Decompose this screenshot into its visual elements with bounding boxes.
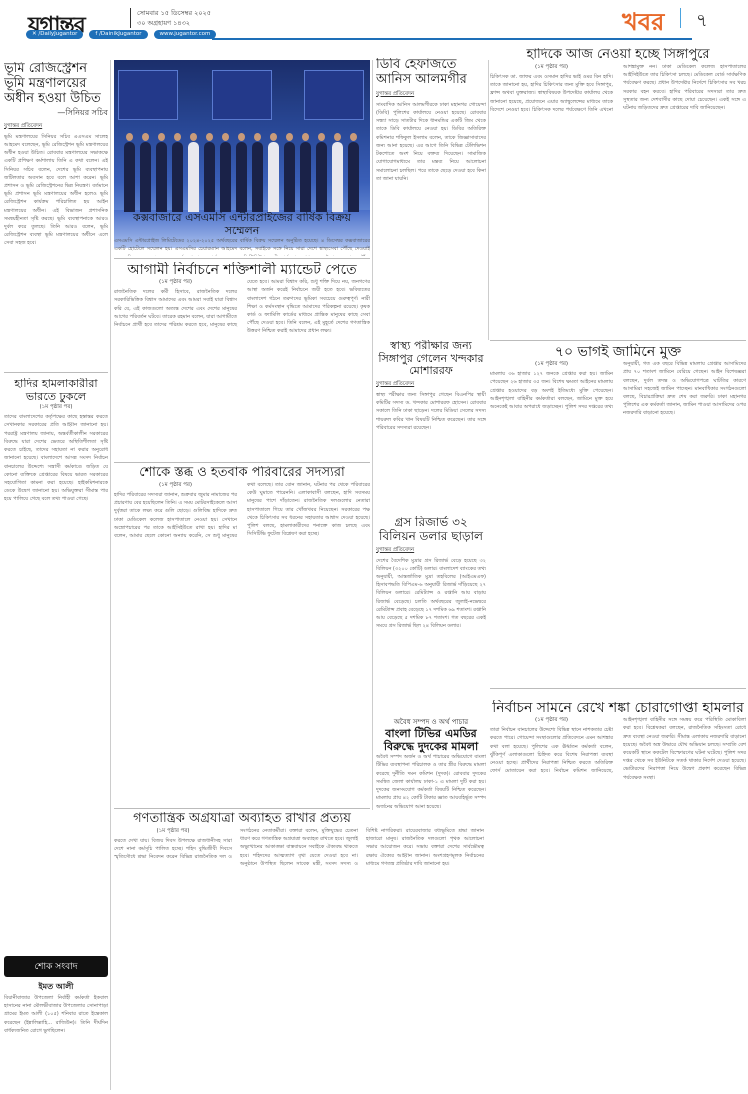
stage-banner [212, 70, 272, 120]
column-divider [110, 60, 111, 1090]
date-gregorian: সোমবার ১৫ ডিসেম্বর ২০২৫ [137, 8, 211, 18]
obituary-name: ইমত আলী [4, 981, 108, 994]
divider [114, 462, 370, 463]
article-seventy-percent: ৭০ ভাগই জামিনে মুক্ত (১ম পৃষ্ঠার পর) মাম… [490, 344, 746, 684]
divider [114, 808, 370, 809]
article-body: তাদের বাংলাদেশের কর্তৃপক্ষের কাছে হস্তান… [4, 413, 108, 503]
date-bengali: ৩০ অগ্রহায়ণ ১৪৩২ [137, 18, 211, 28]
article-health-check: স্বাস্থ্য পরীক্ষার জন্য সিঙ্গাপুর গেলেন … [376, 340, 486, 510]
headline: স্বাস্থ্য পরীক্ষার জন্য সিঙ্গাপুর গেলেন … [376, 340, 486, 378]
article-smc-conference: কক্সবাজারে এসএমসি এন্টারপ্রাইজের বার্ষিক… [114, 212, 370, 256]
byline: যুগান্তর প্রতিবেদন [4, 123, 108, 131]
divider [4, 372, 108, 373]
masthead-rule [212, 38, 692, 40]
headline: আগামী নির্বাচনে শক্তিশালী ম্যান্ডেট পেতে [114, 262, 370, 278]
headline: গণতান্ত্রিক অগ্রযাত্রা অব্যাহত রাখার প্র… [114, 812, 370, 827]
social-links: ✕ /DailyJugantor f /DainikJugantor www.j… [26, 30, 216, 39]
newspaper-logo: যুগান্তর [28, 8, 85, 45]
social-link-facebook[interactable]: f /DainikJugantor [89, 30, 147, 39]
stage-banner [118, 70, 178, 120]
article-body: এসএমসি এন্টারপ্রাইজ লিমিটেডের ২০২৪-২০২৫ … [114, 237, 370, 256]
byline: যুগান্তর প্রতিবেদন [376, 547, 486, 555]
continued-label: (১ম পৃষ্ঠার পর) [114, 828, 232, 836]
headline: ডিবি হেফাজতে আনিস আলমগীর [376, 58, 486, 88]
divider [114, 258, 370, 259]
article-body: দেশের বৈদেশিক মুদ্রার গ্রস রিজার্ভ বেড়ে… [376, 557, 486, 631]
column-divider [488, 60, 489, 340]
continued-label: (১ম পৃষ্ঠার পর) [4, 404, 108, 412]
social-link-x[interactable]: ✕ /DailyJugantor [26, 30, 83, 39]
continued-label: (১ম পৃষ্ঠার পর) [114, 482, 237, 490]
headline: ৭০ ভাগই জামিনে মুক্ত [490, 344, 746, 360]
continued-label: (১ম পৃষ্ঠার পর) [490, 361, 613, 369]
stage-banner [304, 70, 364, 120]
divider [490, 688, 746, 689]
continued-label: (১ম পৃষ্ঠার পর) [490, 64, 613, 72]
logo-divider [130, 8, 131, 28]
article-gross-reserve: গ্রস রিজার্ভ ৩২ বিলিয়ন ডলার ছাড়াল যুগা… [376, 516, 486, 716]
article-hadi-attackers: হাদির হামলাকারীরা ভারতে ঢুকলে (১ম পৃষ্ঠা… [4, 378, 108, 948]
subhead: —সিনিয়র সচিব [4, 107, 108, 120]
article-body: ভূমি মন্ত্রণালয়ের সিনিয়র সচিব এএসএম সা… [4, 133, 108, 248]
headline: শোকে স্তব্ধ ও হতবাক পরিবারের সদস্যরা [114, 466, 370, 481]
section-title: খবর [622, 4, 664, 44]
article-mandate: আগামী নির্বাচনে শক্তিশালী ম্যান্ডেট পেতে… [114, 262, 370, 460]
obituary: শোক সংবাদ ইমত আলী বিয়ানীবাজার উপজেলা নি… [4, 950, 108, 1090]
headline: হাদিকে আজ নেওয়া হচ্ছে সিঙ্গাপুরে [490, 48, 746, 63]
headline: গ্রস রিজার্ভ ৩২ বিলিয়ন ডলার ছাড়াল [376, 516, 486, 544]
headline: হাদির হামলাকারীরা ভারতে ঢুকলে [4, 378, 108, 403]
continued-label: (১ম পৃষ্ঠার পর) [114, 279, 237, 287]
section-divider [680, 8, 681, 28]
article-land-registration: ভূমি রেজিস্ট্রেশন ভূমি মন্ত্রণালয়ের অধী… [4, 62, 108, 372]
article-db-custody: ডিবি হেফাজতে আনিস আলমগীর যুগান্তর প্রতিব… [376, 58, 486, 340]
headline: ভূমি রেজিস্ট্রেশন ভূমি মন্ত্রণালয়ের অধী… [4, 62, 108, 107]
headline: নির্বাচন সামনে রেখে শঙ্কা চোরাগোপ্তা হাম… [490, 700, 746, 716]
byline: যুগান্তর প্রতিবেদন [376, 381, 486, 389]
dateline: সোমবার ১৫ ডিসেম্বর ২০২৫ ৩০ অগ্রহায়ণ ১৪৩… [137, 8, 211, 28]
column-divider [372, 60, 373, 810]
divider [490, 340, 746, 341]
headline: কক্সবাজারে এসএমসি এন্টারপ্রাইজের বার্ষিক… [114, 212, 370, 237]
byline: যুগান্তর প্রতিবেদন [376, 91, 486, 99]
obituary-title: শোক সংবাদ [4, 956, 108, 977]
article-hadi-singapore: হাদিকে আজ নেওয়া হচ্ছে সিঙ্গাপুরে (১ম পৃ… [490, 48, 746, 338]
page-number: ৭ [696, 6, 708, 37]
article-body: সাংবাদিক আনিস আলমগীরকে ঢাকা মহানগর গোয়ে… [376, 101, 486, 183]
article-grief: শোকে স্তব্ধ ও হতবাক পরিবারের সদস্যরা (১ম… [114, 466, 370, 806]
article-body: স্বাস্থ্য পরীক্ষার জন্য সিঙ্গাপুর গেছেন … [376, 391, 486, 432]
article-body: তারা নির্বাচন বানচালের উদ্দেশ্যে বিভিন্ন… [490, 716, 746, 782]
obituary-body: বিয়ানীবাজার উপজেলা নির্বাহী কর্মকর্তা ই… [4, 994, 108, 1035]
article-security-threat: নির্বাচন সামনে রেখে শঙ্কা চোরাগোপ্তা হাম… [376, 700, 746, 1090]
social-link-web[interactable]: www.jugantor.com [154, 30, 217, 39]
continued-label: (১ম পৃষ্ঠার পর) [490, 717, 613, 725]
